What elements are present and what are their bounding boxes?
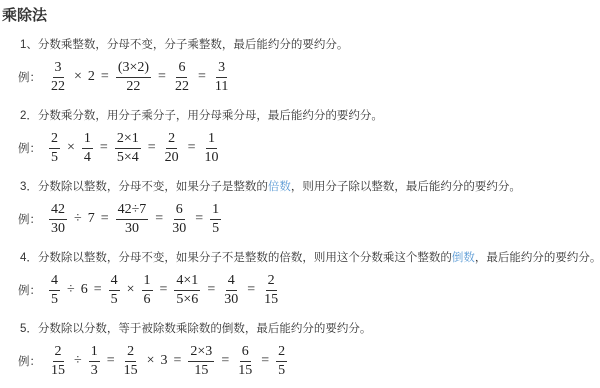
- integer: 7: [88, 211, 95, 227]
- operator: =: [100, 140, 108, 156]
- integer: 2: [88, 69, 95, 85]
- rule-1: 1、分数乘整数，分母不变，分子乘整数，最后能约分的要约分。: [20, 38, 592, 53]
- document-page: 乘除法 1、分数乘整数，分母不变，分子乘整数，最后能约分的要约分。例：322×2…: [0, 0, 600, 388]
- denominator: 5: [210, 220, 221, 237]
- operator: =: [195, 211, 203, 227]
- operator: =: [155, 211, 163, 227]
- operator: =: [198, 69, 206, 85]
- operator: =: [101, 211, 109, 227]
- operator: =: [174, 353, 182, 369]
- fraction: 2×315: [188, 344, 214, 378]
- fraction: 13: [89, 344, 100, 378]
- fraction: 45: [49, 273, 60, 307]
- denominator: 5×4: [115, 149, 141, 166]
- denominator: 30: [222, 291, 240, 308]
- rule-text: 分数除以分数，等于被除数乘除数的倒数，最后能约分的要约分。: [38, 323, 372, 335]
- integer: 6: [81, 282, 88, 298]
- rule-number: 4．: [20, 252, 38, 264]
- denominator: 20: [163, 149, 181, 166]
- fraction: 215: [49, 344, 67, 378]
- equation: 45÷6=45×16=4×15×6=430=215: [46, 273, 283, 307]
- numerator: 3: [53, 60, 64, 78]
- denominator: 22: [124, 78, 142, 95]
- numerator: 1: [210, 202, 221, 220]
- operator: ×: [127, 282, 135, 298]
- denominator: 30: [170, 220, 188, 237]
- fraction: 16: [142, 273, 153, 307]
- fraction: 215: [122, 344, 140, 378]
- equation: 215÷13=215×3=2×315=615=25: [46, 344, 290, 378]
- fraction: 430: [222, 273, 240, 307]
- operator: ×: [67, 140, 75, 156]
- denominator: 5: [49, 149, 60, 166]
- numerator: 4: [109, 273, 120, 291]
- fraction: 622: [173, 60, 191, 94]
- fraction: 220: [163, 131, 181, 165]
- numerator: 2: [276, 344, 287, 362]
- operator: ÷: [74, 211, 82, 227]
- example-2: 例：25×14=2×15×4=220=110: [18, 129, 600, 167]
- numerator: 2×3: [188, 344, 214, 362]
- denominator: 10: [203, 149, 221, 166]
- fraction: 110: [203, 131, 221, 165]
- numerator: 4×1: [174, 273, 200, 291]
- example-label: 例：: [18, 69, 41, 85]
- denominator: 22: [173, 78, 191, 95]
- denominator: 30: [49, 220, 67, 237]
- rule-number: 5．: [20, 323, 38, 335]
- integer: 3: [161, 353, 168, 369]
- fraction: (3×2)22: [116, 60, 151, 94]
- operator: =: [94, 282, 102, 298]
- numerator: 2: [49, 131, 60, 149]
- operator: =: [221, 353, 229, 369]
- numerator: 2: [266, 273, 277, 291]
- example-1: 例：322×2=(3×2)22=622=311: [18, 58, 600, 96]
- numerator: (3×2): [116, 60, 151, 78]
- fraction: 4230: [49, 202, 67, 236]
- fraction: 25: [276, 344, 287, 378]
- rule-text: 分数乘整数，分母不变，分子乘整数，最后能约分的要约分。: [38, 39, 349, 51]
- rule-text: ，最后能约分的要约分。: [475, 252, 600, 264]
- denominator: 15: [192, 362, 210, 379]
- example-4: 例：45÷6=45×16=4×15×6=430=215: [18, 271, 600, 309]
- numerator: 2: [53, 344, 64, 362]
- operator: =: [158, 69, 166, 85]
- rule-2: 2．分数乘分数，用分子乘分子，用分母乘分母，最后能约分的要约分。: [20, 109, 592, 124]
- operator: ÷: [67, 282, 75, 298]
- equation: 4230÷7=42÷730=630=15: [46, 202, 224, 236]
- operator: =: [107, 353, 115, 369]
- operator: =: [188, 140, 196, 156]
- denominator: 5: [49, 291, 60, 308]
- fraction: 42÷730: [116, 202, 149, 236]
- denominator: 15: [49, 362, 67, 379]
- denominator: 5: [276, 362, 287, 379]
- denominator: 22: [49, 78, 67, 95]
- rule-number: 2．: [20, 110, 38, 122]
- fraction: 25: [49, 131, 60, 165]
- fraction: 322: [49, 60, 67, 94]
- operator: =: [160, 282, 168, 298]
- numerator: 1: [142, 273, 153, 291]
- denominator: 5×6: [174, 291, 200, 308]
- example-3: 例：4230÷7=42÷730=630=15: [18, 200, 600, 238]
- operator: ×: [147, 353, 155, 369]
- rule-5: 5．分数除以分数，等于被除数乘除数的倒数，最后能约分的要约分。: [20, 322, 592, 337]
- denominator: 15: [236, 362, 254, 379]
- denominator: 4: [82, 149, 93, 166]
- rules-list: 1、分数乘整数，分母不变，分子乘整数，最后能约分的要约分。例：322×2=(3×…: [0, 38, 600, 380]
- numerator: 6: [174, 202, 185, 220]
- denominator: 11: [213, 78, 230, 95]
- operator: =: [261, 353, 269, 369]
- rule-3: 3．分数除以整数，分母不变，如果分子是整数的倍数，则用分子除以整数，最后能约分的…: [20, 180, 592, 195]
- fraction: 215: [262, 273, 280, 307]
- fraction: 615: [236, 344, 254, 378]
- rule-4: 4．分数除以整数，分母不变，如果分子不是整数的倍数，则用这个分数乘这个整数的倒数…: [20, 251, 592, 266]
- rule-number: 1、: [20, 39, 38, 51]
- example-label: 例：: [18, 140, 41, 156]
- numerator: 2×1: [115, 131, 141, 149]
- operator: =: [207, 282, 215, 298]
- numerator: 42: [49, 202, 67, 220]
- term-link[interactable]: 倍数: [268, 181, 291, 193]
- rule-text: 分数除以整数，分母不变，如果分子不是整数的倍数，则用这个分数乘这个整数的: [38, 252, 452, 264]
- denominator: 3: [89, 362, 100, 379]
- example-label: 例：: [18, 353, 41, 369]
- numerator: 3: [216, 60, 227, 78]
- denominator: 15: [122, 362, 140, 379]
- denominator: 30: [123, 220, 141, 237]
- equation: 322×2=(3×2)22=622=311: [46, 60, 233, 94]
- fraction: 630: [170, 202, 188, 236]
- numerator: 4: [49, 273, 60, 291]
- fraction: 45: [109, 273, 120, 307]
- numerator: 1: [206, 131, 217, 149]
- rule-text: 分数除以整数，分母不变，如果分子是整数的: [38, 181, 268, 193]
- fraction: 2×15×4: [115, 131, 141, 165]
- numerator: 2: [166, 131, 177, 149]
- numerator: 1: [89, 344, 100, 362]
- rule-text: 分数乘分数，用分子乘分子，用分母乘分母，最后能约分的要约分。: [38, 110, 383, 122]
- operator: ÷: [74, 353, 82, 369]
- numerator: 4: [226, 273, 237, 291]
- fraction: 15: [210, 202, 221, 236]
- numerator: 6: [240, 344, 251, 362]
- term-link[interactable]: 倒数: [452, 252, 475, 264]
- fraction: 4×15×6: [174, 273, 200, 307]
- numerator: 1: [82, 131, 93, 149]
- denominator: 6: [142, 291, 153, 308]
- example-label: 例：: [18, 282, 41, 298]
- operator: ×: [74, 69, 82, 85]
- rule-number: 3．: [20, 181, 38, 193]
- numerator: 2: [125, 344, 136, 362]
- fraction: 311: [213, 60, 230, 94]
- fraction: 14: [82, 131, 93, 165]
- example-5: 例：215÷13=215×3=2×315=615=25: [18, 342, 600, 380]
- page-title: 乘除法: [2, 6, 600, 25]
- numerator: 42÷7: [116, 202, 149, 220]
- denominator: 15: [262, 291, 280, 308]
- denominator: 5: [109, 291, 120, 308]
- equation: 25×14=2×15×4=220=110: [46, 131, 224, 165]
- operator: =: [247, 282, 255, 298]
- numerator: 6: [176, 60, 187, 78]
- operator: =: [101, 69, 109, 85]
- operator: =: [148, 140, 156, 156]
- rule-text: ，则用分子除以整数，最后能约分的要约分。: [291, 181, 521, 193]
- example-label: 例：: [18, 211, 41, 227]
